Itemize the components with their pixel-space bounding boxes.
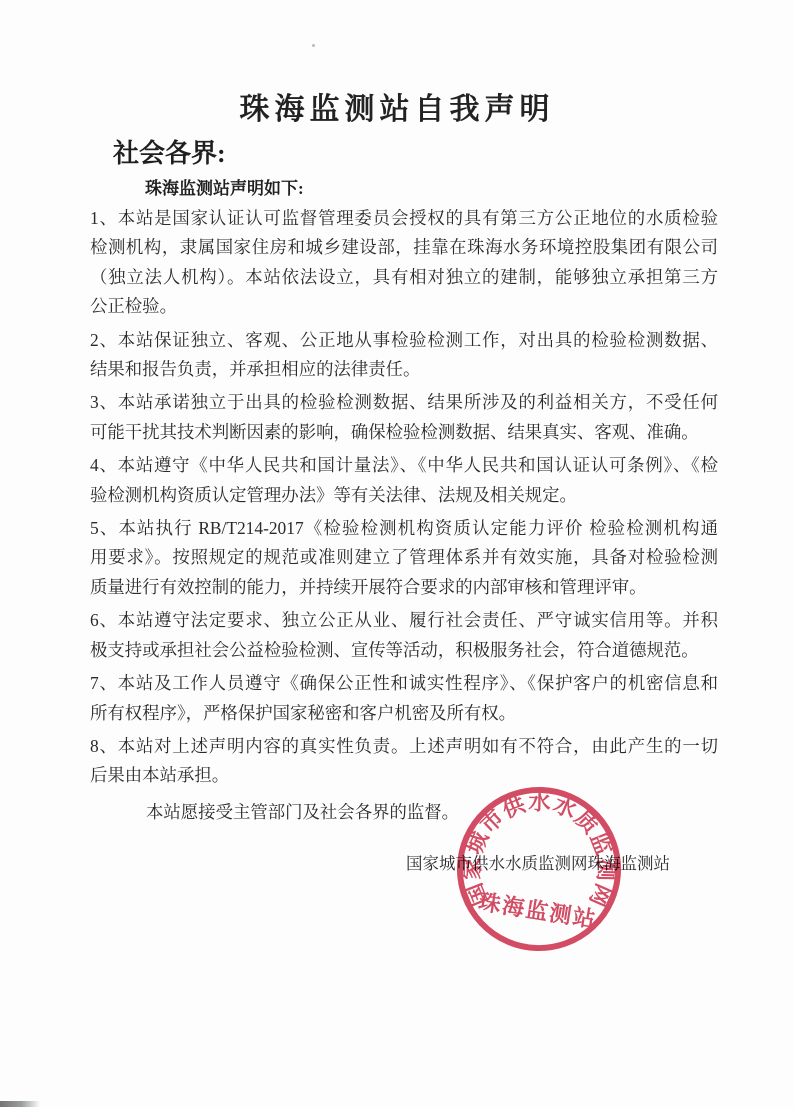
paragraph-line: 6、本站遵守法定要求、独立公正从业、履行社会责任、严守诚实信用等。并积	[90, 606, 718, 635]
scanned-document-page: 珠海监测站自我声明 社会各界: 珠海监测站声明如下: 1、本站是国家认证认可监督…	[0, 0, 794, 1108]
paragraphs: 1、本站是国家认证认可监督管理委员会授权的具有第三方公正地位的水质检验检测机构，…	[90, 204, 718, 791]
salutation: 社会各界:	[113, 133, 226, 170]
paragraph: 7、本站及工作人员遵守《确保公正性和诚实性程序》、《保护客户的机密信息和所有权程…	[90, 669, 718, 728]
paragraph: 1、本站是国家认证认可监督管理委员会授权的具有第三方公正地位的水质检验检测机构，…	[90, 204, 718, 322]
paragraph: 8、本站对上述声明内容的真实性负责。上述声明如有不符合，由此产生的一切后果由本站…	[90, 732, 718, 791]
paragraph-line: 质量进行有效控制的能力，并持续开展符合要求的内部审核和管理评审。	[90, 573, 718, 602]
paragraph-line: 7、本站及工作人员遵守《确保公正性和诚实性程序》、《保护客户的机密信息和	[90, 669, 718, 698]
official-stamp-seal: 国家城市供水水质监测网 珠海监测站	[454, 784, 624, 954]
paragraph-line: 所有权程序》，严格保护国家秘密和客户机密及所有权。	[90, 699, 718, 728]
paragraph-line: 4、本站遵守《中华人民共和国计量法》、《中华人民共和国认证认可条例》、《检	[90, 451, 718, 480]
document-body: 1、本站是国家认证认可监督管理委员会授权的具有第三方公正地位的水质检验检测机构，…	[90, 204, 718, 875]
paragraph: 6、本站遵守法定要求、独立公正从业、履行社会责任、严守诚实信用等。并积极支持或承…	[90, 606, 718, 665]
paragraph-line: 用要求》。按照规定的规范或准则建立了管理体系并有效实施，具备对检验检测	[90, 543, 718, 572]
paragraph-line: 可能干扰其技术判断因素的影响，确保检验检测数据、结果真实、客观、准确。	[90, 418, 718, 447]
paragraph-line: 检测机构，隶属国家住房和城乡建设部，挂靠在珠海水务环境控股集团有限公司	[90, 233, 718, 262]
paragraph: 2、本站保证独立、客观、公正地从事检验检测工作，对出具的检验检测数据、结果和报告…	[90, 326, 718, 385]
intro-line: 珠海监测站声明如下:	[145, 174, 304, 199]
paragraph-line: 1、本站是国家认证认可监督管理委员会授权的具有第三方公正地位的水质检验	[90, 204, 718, 233]
paragraph-line: 公正检验。	[90, 292, 718, 321]
stamp-bottom-text: 珠海监测站	[477, 889, 598, 932]
paragraph-line: 2、本站保证独立、客观、公正地从事检验检测工作，对出具的检验检测数据、	[90, 326, 718, 355]
paragraph-line: 3、本站承诺独立于出具的检验检测数据、结果所涉及的利益相关方，不受任何	[90, 388, 718, 417]
paragraph: 4、本站遵守《中华人民共和国计量法》、《中华人民共和国认证认可条例》、《检验检测…	[90, 451, 718, 510]
scan-artifact-smudge	[0, 1101, 40, 1107]
paragraph: 3、本站承诺独立于出具的检验检测数据、结果所涉及的利益相关方，不受任何可能干扰其…	[90, 388, 718, 447]
paragraph-line: 极支持或承担社会公益检验检测、宣传等活动，积极服务社会，符合道德规范。	[90, 636, 718, 665]
paragraph: 5、本站执行 RB/T214-2017《检验检测机构资质认定能力评价 检验检测机…	[90, 514, 718, 602]
paragraph-line: 验检测机构资质认定管理办法》等有关法律、法规及相关规定。	[90, 481, 718, 510]
scan-artifact-dot	[312, 44, 315, 47]
paragraph-line: （独立法人机构）。本站依法设立，具有相对独立的建制，能够独立承担第三方	[90, 263, 718, 292]
paragraph-line: 结果和报告负责，并承担相应的法律责任。	[90, 355, 718, 384]
paragraph-line: 8、本站对上述声明内容的真实性负责。上述声明如有不符合，由此产生的一切	[90, 732, 718, 761]
paragraph-line: 5、本站执行 RB/T214-2017《检验检测机构资质认定能力评价 检验检测机…	[90, 514, 718, 543]
document-title: 珠海监测站自我声明	[0, 84, 794, 128]
